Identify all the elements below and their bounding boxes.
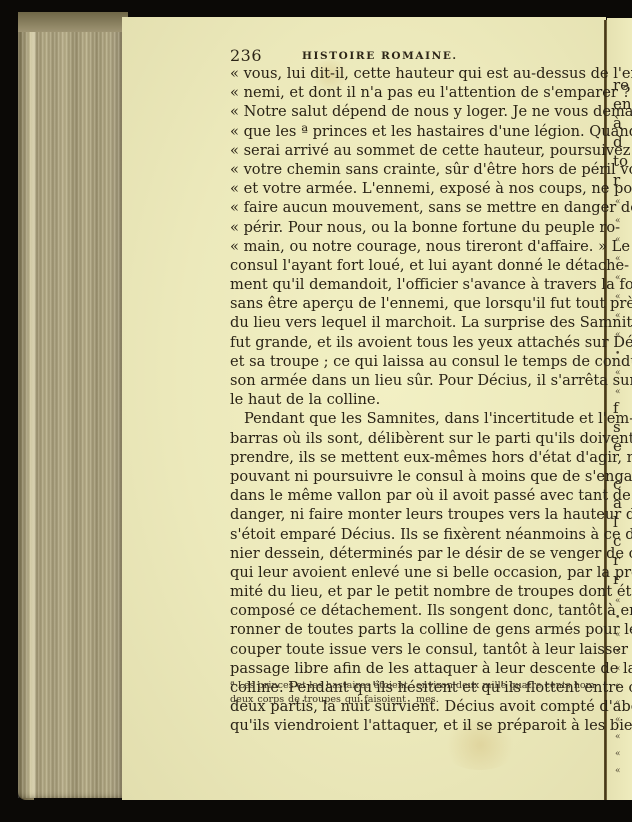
text-line-content: son armée dans un lieu sûr. Pour Décius,… [230,371,594,390]
text-line-content: et sa troupe ; ce qui laissa au consul l… [230,352,594,371]
running-head: 236 HISTOIRE ROMAINE. [230,46,592,66]
footnote-line: ª Les princes et les hastaires étoient [230,679,406,693]
text-line-content: « Notre salut dépend de nous y loger. Je… [230,102,594,121]
text-line: Pendant que les Samnites, dans l'incerti… [230,409,594,428]
footnote-column-1: ª Les princes et les hastaires étoient d… [230,679,406,707]
footnote-line: environ deux mille quatre cents hom- [416,679,592,693]
text-line: consul l'ayant fort loué, et lui ayant d… [230,256,594,275]
text-line-content: barras où ils sont, délibèrent sur le pa… [230,429,594,448]
text-line: sans être aperçu de l'ennemi, que lorsqu… [230,294,594,313]
text-line: « vous, lui dit-il, cette hauteur qui es… [230,64,594,83]
text-line-content: mité du lieu, et par le petit nombre de … [230,582,594,601]
footnote: ª Les princes et les hastaires étoient d… [230,679,592,707]
next-page-quote-mark: « [615,747,621,762]
text-line-content: « vous, lui dit-il, cette hauteur qui es… [230,64,594,83]
text-line: du lieu vers lequel il marchoit. La surp… [230,313,594,332]
text-line: qui leur avoient enlevé une si belle occ… [230,563,594,582]
text-line: composé ce détachement. Ils songent donc… [230,601,594,620]
text-line-content: du lieu vers lequel il marchoit. La surp… [230,313,594,332]
text-line: « nemi, et dont il n'a pas eu l'attentio… [230,83,594,102]
background [0,800,632,822]
text-line: ronner de toutes parts la colline de gen… [230,620,594,639]
text-line-content: pouvant ni poursuivre le consul à moins … [230,467,594,486]
text-line-content: couper toute issue vers le consul, tantô… [230,640,594,659]
page-edge-texture [18,14,124,798]
page-number: 236 [230,46,262,65]
text-line: barras où ils sont, délibèrent sur le pa… [230,429,594,448]
text-line-content: passage libre afin de les attaquer à leu… [230,659,594,678]
text-line-content: consul l'ayant fort loué, et lui ayant d… [230,256,594,275]
text-line: son armée dans un lieu sûr. Pour Décius,… [230,371,594,390]
footnote-line: deux corps de troupes qui faisoient [230,693,406,707]
book-top-edge [18,12,128,32]
text-line: qu'ils viendroient l'attaquer, et il se … [230,716,594,735]
text-line-content: dans le même vallon par où il avoit pass… [230,486,594,505]
text-line: passage libre afin de les attaquer à leu… [230,659,594,678]
text-line-content: Pendant que les Samnites, dans l'incerti… [230,409,594,428]
text-line: danger, ni faire monter leurs troupes ve… [230,505,594,524]
running-head-title: HISTOIRE ROMAINE. [302,50,458,62]
text-line-content: danger, ni faire monter leurs troupes ve… [230,505,594,524]
text-line: le haut de la colline. [230,390,594,409]
text-line-content: « main, ou notre courage, nous tireront … [230,237,594,256]
text-line-content: le haut de la colline. [230,390,594,409]
text-line-content: fut grande, et ils avoient tous les yeux… [230,333,594,352]
text-line: « et votre armée. L'ennemi, exposé à nos… [230,179,594,198]
text-line: s'étoit emparé Décius. Ils se fixèrent n… [230,525,594,544]
text-line: « serai arrivé au sommet de cette hauteu… [230,141,594,160]
text-line: dans le même vallon par où il avoit pass… [230,486,594,505]
text-line: « votre chemin sans crainte, sûr d'être … [230,160,594,179]
text-line: « Notre salut dépend de nous y loger. Je… [230,102,594,121]
text-line: prendre, ils se mettent eux-mêmes hors d… [230,448,594,467]
text-line: ment qu'il demandoit, l'officier s'avanc… [230,275,594,294]
text-line-content: sans être aperçu de l'ennemi, que lorsqu… [230,294,594,313]
text-line-content: ment qu'il demandoit, l'officier s'avanc… [230,275,594,294]
text-line-content: s'étoit emparé Décius. Ils se fixèrent n… [230,525,594,544]
text-line: et sa troupe ; ce qui laissa au consul l… [230,352,594,371]
text-line-content: composé ce détachement. Ils songent donc… [230,601,594,620]
book-scan: reenàdtor««««««««•««fsecalcrr«•«•«««««««… [0,0,632,822]
text-line: « périr. Pour nous, ou la bonne fortune … [230,218,594,237]
text-line-content: « que les ª princes et les hastaires d'u… [230,122,594,141]
text-line-content: « votre chemin sans crainte, sûr d'être … [230,160,594,179]
next-page-quote-mark: « [615,764,621,779]
text-line-content: ronner de toutes parts la colline de gen… [230,620,594,639]
footnote-column-2: environ deux mille quatre cents hom- mes… [416,679,592,707]
text-line: mité du lieu, et par le petit nombre de … [230,582,594,601]
text-line: « main, ou notre courage, nous tireront … [230,237,594,256]
footnote-line: mes. [416,693,592,707]
text-line-content: « et votre armée. L'ennemi, exposé à nos… [230,179,594,198]
text-line-content: nier dessein, déterminés par le désir de… [230,544,594,563]
text-line-content: « nemi, et dont il n'a pas eu l'attentio… [230,83,594,102]
text-line-content: prendre, ils se mettent eux-mêmes hors d… [230,448,594,467]
text-line: fut grande, et ils avoient tous les yeux… [230,333,594,352]
text-line: pouvant ni poursuivre le consul à moins … [230,467,594,486]
text-line-content: qui leur avoient enlevé une si belle occ… [230,563,594,582]
text-line: « que les ª princes et les hastaires d'u… [230,122,594,141]
text-line-content: « faire aucun mouvement, sans se mettre … [230,198,594,217]
text-line: couper toute issue vers le consul, tantô… [230,640,594,659]
text-line: « faire aucun mouvement, sans se mettre … [230,198,594,217]
text-line-content: qu'ils viendroient l'attaquer, et il se … [230,716,594,735]
text-line-content: « serai arrivé au sommet de cette hauteu… [230,141,594,160]
text-line: nier dessein, déterminés par le désir de… [230,544,594,563]
text-line-content: « périr. Pour nous, ou la bonne fortune … [230,218,594,237]
body-text: « vous, lui dit-il, cette hauteur qui es… [230,64,594,736]
